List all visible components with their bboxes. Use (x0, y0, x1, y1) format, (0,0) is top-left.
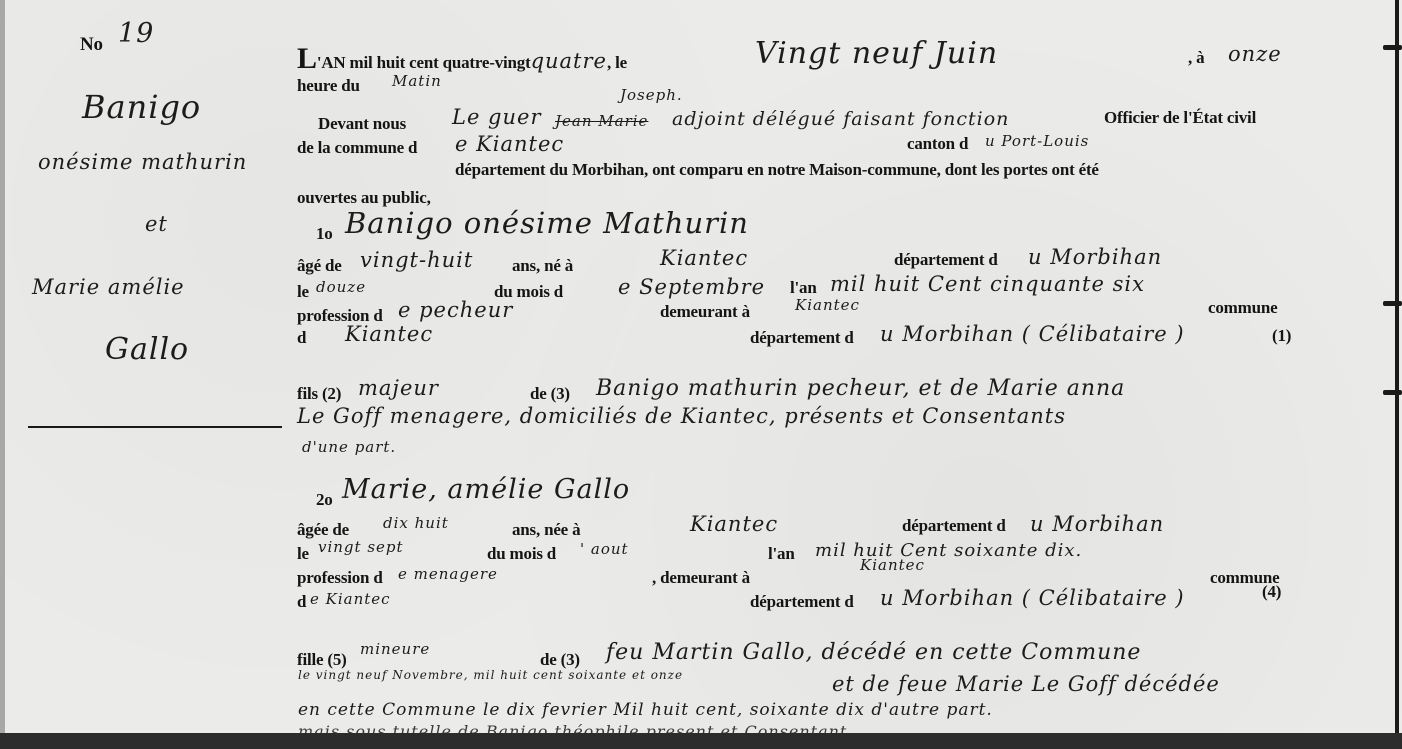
canton-hand: u Port-Louis (985, 132, 1089, 150)
groom-residence: Kiantec (795, 296, 860, 314)
bride-note-ref: (4) (1262, 582, 1281, 602)
bride-born-label: ans, née à (512, 520, 580, 540)
groom-parents-line1: Banigo mathurin pecheur, et de Marie ann… (596, 376, 1125, 401)
devant-nous-label: Devant nous (318, 114, 406, 134)
drop-cap: L (297, 42, 317, 75)
margin-bride-given-names: Marie amélie (32, 275, 185, 299)
bride-parents-line2a: le vingt neuf Novembre, mil huit cent so… (298, 668, 683, 682)
bride-dept2: u Morbihan ( Célibataire ) (880, 586, 1185, 610)
groom-parents-label: de (3) (530, 384, 570, 404)
groom-day: douze (316, 278, 366, 296)
bride-parents-line1: feu Martin Gallo, décédé en cette Commun… (606, 640, 1141, 665)
period-hand: Matin (392, 72, 442, 90)
bride-birth-year: mil huit Cent soixante dix. (815, 540, 1082, 561)
bride-birthplace: Kiantec (690, 512, 778, 536)
bride-parents-line2b: et de feue Marie Le Goff décédée (832, 672, 1220, 696)
viewer-bottom-bar (0, 733, 1402, 749)
margin-tick (1383, 301, 1402, 306)
officer-struck-name: Jean Marie (555, 112, 648, 130)
margin-conjunction: et (145, 212, 168, 236)
intro-line-1: L'AN mil huit cent quatre-vingtquatre, l… (297, 42, 627, 76)
page-binding-edge (0, 0, 5, 733)
groom-index: 1o (316, 224, 333, 244)
bride-dept: u Morbihan (1030, 512, 1164, 536)
margin-divider (28, 426, 282, 428)
bride-filiation: mineure (360, 640, 430, 658)
margin-groom-surname: Banigo (82, 88, 201, 126)
officer-surname: Le guer (452, 105, 541, 129)
groom-filiation: majeur (358, 376, 439, 400)
canton-label: canton d (907, 134, 968, 154)
groom-dept: u Morbihan (1028, 245, 1162, 269)
margin-tick (1383, 45, 1402, 50)
intro-text: , le (607, 53, 627, 72)
margin-bride-surname: Gallo (105, 332, 189, 367)
groom-age: vingt-huit (360, 248, 473, 272)
margin-groom-given-names: onésime mathurin (38, 150, 247, 174)
groom-parents-line2: Le Goff menagere, domiciliés de Kiantec,… (297, 404, 1066, 428)
groom-dept-label: département d (894, 250, 998, 270)
commune-label: de la commune d (297, 138, 417, 158)
groom-commune-prefix: d (297, 328, 306, 348)
bride-age: dix huit (383, 514, 449, 532)
year-hand: quatre (531, 49, 607, 73)
groom-birth-year: mil huit Cent cinquante six (830, 272, 1145, 296)
bride-profession-label: profession d (297, 568, 383, 588)
bride-name: Marie, amélie Gallo (342, 474, 630, 505)
bride-filiation-label: fille (5) (297, 650, 347, 670)
bride-commune-prefix: d (297, 592, 306, 612)
record-number-value: 19 (118, 18, 154, 49)
bride-dept2-label: département d (750, 592, 854, 612)
intro-text: 'AN mil huit cent quatre-vingt (317, 53, 531, 72)
right-margin-rule (1395, 0, 1399, 733)
bride-residence-label: , demeurant à (652, 568, 750, 588)
groom-age-label: âgé de (297, 256, 342, 276)
groom-commune: Kiantec (345, 322, 433, 346)
public-line: ouvertes au public, (297, 188, 431, 208)
groom-dept2-label: département d (750, 328, 854, 348)
bride-parents-line3: en cette Commune le dix fevrier Mil huit… (298, 700, 993, 720)
period-label: heure du (297, 76, 360, 96)
bride-profession: e menagere (398, 565, 498, 583)
record-number-label: No (80, 34, 103, 56)
groom-year-label: l'an (790, 278, 817, 298)
groom-birthplace: Kiantec (660, 246, 748, 270)
bride-residence: Kiantec (860, 556, 925, 574)
officer-insert: Joseph. (620, 86, 683, 104)
groom-filiation-label: fils (2) (297, 384, 341, 404)
register-page: No 19 Banigo onésime mathurin et Marie a… (0, 0, 1402, 733)
bride-month: ' aout (580, 540, 629, 558)
bride-index: 2o (316, 490, 333, 510)
groom-month: e Septembre (618, 275, 765, 299)
margin-tick (1383, 390, 1402, 395)
bride-parents-line4: mais sous tutelle de Banigo théophile pr… (298, 722, 853, 733)
bride-age-label: âgée de (297, 520, 349, 540)
groom-residence-label: demeurant à (660, 302, 750, 322)
bride-dept-label: département d (902, 516, 1006, 536)
groom-dept2: u Morbihan ( Célibataire ) (880, 322, 1185, 346)
officer-role: adjoint délégué faisant fonction (672, 108, 1009, 130)
bride-commune: e Kiantec (310, 590, 391, 608)
bride-month-label: du mois d (487, 544, 556, 564)
groom-name: Banigo onésime Mathurin (345, 206, 749, 240)
groom-born-label: ans, né à (512, 256, 573, 276)
groom-parents-line3: d'une part. (302, 438, 396, 456)
bride-day: vingt sept (318, 538, 404, 556)
date-hand: Vingt neuf Juin (755, 36, 998, 71)
hour-hand: onze (1228, 42, 1282, 66)
groom-day-label: le (297, 282, 309, 302)
groom-commune-label: commune (1208, 298, 1277, 318)
bride-year-label: l'an (768, 544, 795, 564)
officer-title: Officier de l'État civil (1104, 108, 1256, 128)
bride-day-label: le (297, 544, 309, 564)
groom-note-ref: (1) (1272, 326, 1291, 346)
bride-parents-label: de (3) (540, 650, 580, 670)
hour-label: , à (1188, 48, 1204, 68)
groom-profession: e pecheur (398, 298, 513, 322)
commune-hand: e Kiantec (455, 132, 564, 156)
department-line: département du Morbihan, ont comparu en … (455, 160, 1099, 180)
